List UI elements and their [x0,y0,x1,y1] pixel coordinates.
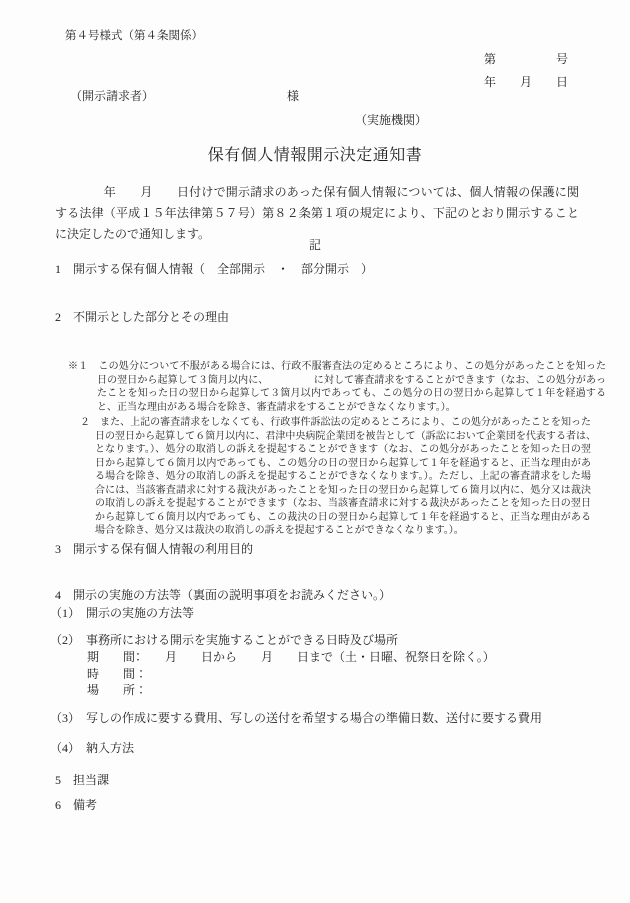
item-5-responsible-department: 5 担当課 [55,772,109,788]
note-2-lawsuit-provision: ２ また、上記の審査請求をしなくても、行政事件訴訟法の定めるところにより、この処… [80,416,591,538]
time-line: 時 間： [87,666,147,682]
addressee-suffix: 様 [287,88,299,104]
disclosure-decision-notice-document: 第４号様式（第４条関係） 第 号 年 月 日 （開示請求者） 様 （実施機関） … [0,0,630,903]
note-1-administrative-appeal: ※１ この処分について不服がある場合には、行政不服審査法の定めるところにより、こ… [68,360,606,414]
agency-label: （実施機関） [355,112,427,128]
item-4-3-copy-fees: （3） 写しの作成に要する費用、写しの送付を希望する場合の準備日数、送付に要する… [50,710,542,726]
item-4-implementation-method: 4 開示の実施の方法等（裏面の説明事項をお読みください。） [55,587,391,603]
document-title: 保有個人情報開示決定通知書 [0,146,630,166]
item-4-1-method-detail: （1） 開示の実施の方法等 [50,605,194,621]
item-4-4-payment-method: （4） 納入方法 [50,740,134,756]
period-line: 期 間： 月 日から 月 日まで（土・日曜、祝祭日を除く。） [87,649,495,665]
intro-paragraph: 年 月 日付けで開示請求のあった保有個人情報については、個人情報の保護に関する法… [55,182,579,245]
date-line: 年 月 日 [484,74,568,90]
item-1-disclosed-information: 1 開示する保有個人情報（ 全部開示 ・ 部分開示 ） [55,261,373,277]
place-line: 場 所： [87,682,147,698]
document-number-line: 第 号 [484,51,568,67]
item-6-remarks: 6 備考 [55,797,97,813]
form-code: 第４号様式（第４条関係） [65,29,203,44]
requester-label: （開示請求者） [70,88,154,104]
record-marker: 記 [0,237,630,253]
item-3-purpose-of-use: 3 開示する保有個人情報の利用目的 [55,541,253,557]
item-4-2-office-datetime-place: （2） 事務所における開示を実施することができる日時及び場所 [50,632,398,648]
item-2-undisclosed-parts: 2 不開示とした部分とその理由 [55,309,229,325]
